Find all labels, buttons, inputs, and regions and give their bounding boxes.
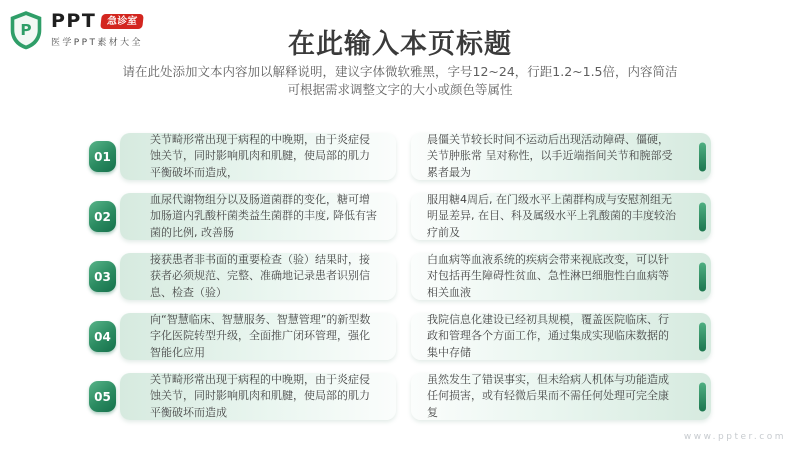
subtitle-line-1: 请在此处添加文本内容加以解释说明，建议字体微软雅黑，字号12~24，行距1.2~… bbox=[80, 63, 720, 81]
row-right-text: 虽然发生了错误事实，但未给病人机体与功能造成任何损害，或有轻微后果而不需任何处理… bbox=[427, 372, 677, 422]
row-number-badge: 01 bbox=[89, 141, 116, 172]
row-number-badge: 05 bbox=[89, 381, 116, 412]
row-right-text: 我院信息化建设已经初具规模，覆盖医院临床、行政和管理各个方面工作，通过集成实现临… bbox=[427, 312, 677, 362]
row-number: 05 bbox=[94, 390, 111, 404]
row-accent-bar bbox=[699, 202, 706, 231]
row-number-badge: 03 bbox=[89, 261, 116, 292]
row-number-badge: 02 bbox=[89, 201, 116, 232]
row-number: 02 bbox=[94, 210, 111, 224]
list-item: 01 关节畸形常出现于病程的中晚期，由于炎症侵蚀关节，同时影响肌肉和肌腱，使局部… bbox=[89, 133, 711, 180]
row-left-textbox[interactable]: 向“智慧临床、智慧服务、智慧管理”的新型数字化医院转型升级，全面推广闭环管理，强… bbox=[120, 313, 396, 360]
row-left-text: 血尿代谢物组分以及肠道菌群的变化，糖可增加肠道内乳酸杆菌类益生菌群的丰度, 降低… bbox=[150, 192, 380, 242]
row-accent-bar bbox=[699, 262, 706, 291]
row-right-text: 白血病等血液系统的疾病会带来视底改变，可以针对包括再生障碍性贫血、急性淋巴细胞性… bbox=[427, 252, 677, 302]
row-right-text: 服用糖4周后, 在门级水平上菌群构成与安慰剂组无明显差异, 在目、科及属级水平上… bbox=[427, 192, 677, 242]
page-title[interactable]: 在此输入本页标题 bbox=[0, 22, 800, 61]
list-item: 02 血尿代谢物组分以及肠道菌群的变化，糖可增加肠道内乳酸杆菌类益生菌群的丰度,… bbox=[89, 193, 711, 240]
row-left-textbox[interactable]: 接获患者非书面的重要检查（验）结果时，接获者必须规范、完整、准确地记录患者识别信… bbox=[120, 253, 396, 300]
subtitle-line-2: 可根据需求调整文字的大小或颜色等属性 bbox=[80, 81, 720, 99]
page-subtitle[interactable]: 请在此处添加文本内容加以解释说明，建议字体微软雅黑，字号12~24，行距1.2~… bbox=[80, 63, 720, 99]
row-left-text: 关节畸形常出现于病程的中晚期，由于炎症侵蚀关节，同时影响肌肉和肌腱，使局部的肌力… bbox=[150, 372, 380, 422]
row-left-textbox[interactable]: 血尿代谢物组分以及肠道菌群的变化，糖可增加肠道内乳酸杆菌类益生菌群的丰度, 降低… bbox=[120, 193, 396, 240]
list-item: 05 关节畸形常出现于病程的中晚期，由于炎症侵蚀关节，同时影响肌肉和肌腱，使局部… bbox=[89, 373, 711, 420]
row-number: 04 bbox=[94, 330, 111, 344]
row-right-textbox[interactable]: 服用糖4周后, 在门级水平上菌群构成与安慰剂组无明显差异, 在目、科及属级水平上… bbox=[411, 193, 711, 240]
row-right-textbox[interactable]: 晨僵关节较长时间不运动后出现活动障碍、僵硬，关节肿胀常 呈对称性，以手近端指间关… bbox=[411, 133, 711, 180]
row-right-textbox[interactable]: 虽然发生了错误事实，但未给病人机体与功能造成任何损害，或有轻微后果而不需任何处理… bbox=[411, 373, 711, 420]
row-accent-bar bbox=[699, 322, 706, 351]
row-left-textbox[interactable]: 关节畸形常出现于病程的中晚期，由于炎症侵蚀关节，同时影响肌肉和肌腱，使局部的肌力… bbox=[120, 133, 396, 180]
content-rows: 01 关节畸形常出现于病程的中晚期，由于炎症侵蚀关节，同时影响肌肉和肌腱，使局部… bbox=[89, 133, 711, 433]
row-left-text: 向“智慧临床、智慧服务、智慧管理”的新型数字化医院转型升级，全面推广闭环管理，强… bbox=[150, 312, 380, 362]
row-right-textbox[interactable]: 白血病等血液系统的疾病会带来视底改变，可以针对包括再生障碍性贫血、急性淋巴细胞性… bbox=[411, 253, 711, 300]
row-left-textbox[interactable]: 关节畸形常出现于病程的中晚期，由于炎症侵蚀关节，同时影响肌肉和肌腱，使局部的肌力… bbox=[120, 373, 396, 420]
row-right-textbox[interactable]: 我院信息化建设已经初具规模，覆盖医院临床、行政和管理各个方面工作，通过集成实现临… bbox=[411, 313, 711, 360]
row-left-text: 关节畸形常出现于病程的中晚期，由于炎症侵蚀关节，同时影响肌肉和肌腱，使局部的肌力… bbox=[150, 132, 380, 182]
row-accent-bar bbox=[699, 382, 706, 411]
watermark-url: www.ppter.com bbox=[684, 432, 786, 442]
list-item: 03 接获患者非书面的重要检查（验）结果时，接获者必须规范、完整、准确地记录患者… bbox=[89, 253, 711, 300]
row-number-badge: 04 bbox=[89, 321, 116, 352]
row-left-text: 接获患者非书面的重要检查（验）结果时，接获者必须规范、完整、准确地记录患者识别信… bbox=[150, 252, 380, 302]
row-accent-bar bbox=[699, 142, 706, 171]
list-item: 04 向“智慧临床、智慧服务、智慧管理”的新型数字化医院转型升级，全面推广闭环管… bbox=[89, 313, 711, 360]
row-number: 01 bbox=[94, 150, 111, 164]
row-right-text: 晨僵关节较长时间不运动后出现活动障碍、僵硬，关节肿胀常 呈对称性，以手近端指间关… bbox=[427, 132, 677, 182]
slide: P PPT 急诊室 医学PPT素材大全 在此输入本页标题 请在此处添加文本内容加… bbox=[0, 0, 800, 450]
row-number: 03 bbox=[94, 270, 111, 284]
